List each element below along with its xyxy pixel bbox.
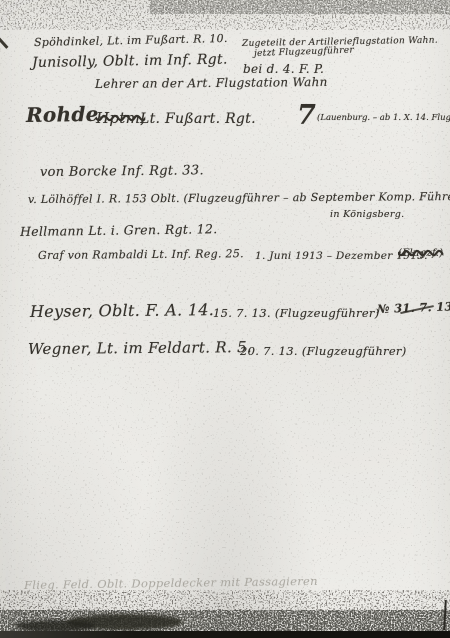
entry-heyser-name: Heyser, Oblt. F. A. 14. bbox=[30, 300, 214, 321]
entry-loelhoeffel-continuation: in Königsberg. bbox=[330, 209, 404, 220]
entry-spohdinkel: Spöhdinkel, Lt. im Fußart. R. 10. bbox=[34, 32, 228, 49]
entry-wegner-name: Wegner, Lt. im Feldart. R. 5. bbox=[28, 338, 252, 358]
entry-von-borcke: von Borcke Inf. Rgt. 33. bbox=[40, 163, 204, 180]
entry-junisolly: Junisolly, Oblt. im Inf. Rgt. bbox=[32, 52, 228, 71]
scan-edge-bar bbox=[0, 631, 450, 638]
entry-rohde-name: Rohde bbox=[26, 102, 99, 127]
entry-heyser-date: 15. 7. 13. (Flugzeugführer) bbox=[213, 306, 380, 320]
bottom-left-blob bbox=[67, 614, 183, 630]
top-edge-noise-heavy bbox=[150, 0, 450, 14]
entry-junisolly-right: bei d. 4. F. P. bbox=[243, 62, 324, 76]
entry-junisolly-continuation: Lehrer an der Art. Flugstation Wahn bbox=[95, 75, 328, 91]
entry-loelhoeffel: v. Lölhöffel I. R. 153 Oblt. (Flugzeugfü… bbox=[28, 190, 450, 206]
entry-wegner-date: 20. 7. 13. (Flugzeugführer) bbox=[240, 344, 407, 358]
top-edge-noise bbox=[0, 0, 450, 30]
entry-rohde-detail: (Lauenburg. – ab 1. X. 14. Flugzgf.) bbox=[317, 113, 450, 123]
pencil-note: Flieg. Feld. Oblt. Doppeldecker mit Pass… bbox=[24, 574, 318, 592]
entry-rambaldi-name: Graf von Rambaldi Lt. Inf. Reg. 25. bbox=[38, 247, 244, 262]
entry-rohde-struck-word: Hptm, bbox=[96, 109, 145, 127]
bottom-edge-noise bbox=[0, 590, 450, 630]
entry-junisolly-insertion: jetzt Flugzeugführer bbox=[254, 46, 354, 59]
scanned-document-page: Spöhdinkel, Lt. im Fußart. R. 10. Zugete… bbox=[0, 0, 450, 638]
entry-heyser-number: № 31. 7. 13 bbox=[377, 299, 450, 316]
right-edge-scratch bbox=[443, 600, 446, 630]
entry-rohde-unit: Lt. Fußart. Rgt. bbox=[140, 111, 256, 127]
entry-hellmann: Hellmann Lt. i. Gren. Rgt. 12. bbox=[20, 221, 218, 239]
entry-rohde-regiment-number: 7 bbox=[297, 100, 316, 131]
entry-rambaldi-struck: (Flugzf.) bbox=[398, 248, 443, 259]
ink-flourish-mark bbox=[0, 36, 8, 48]
